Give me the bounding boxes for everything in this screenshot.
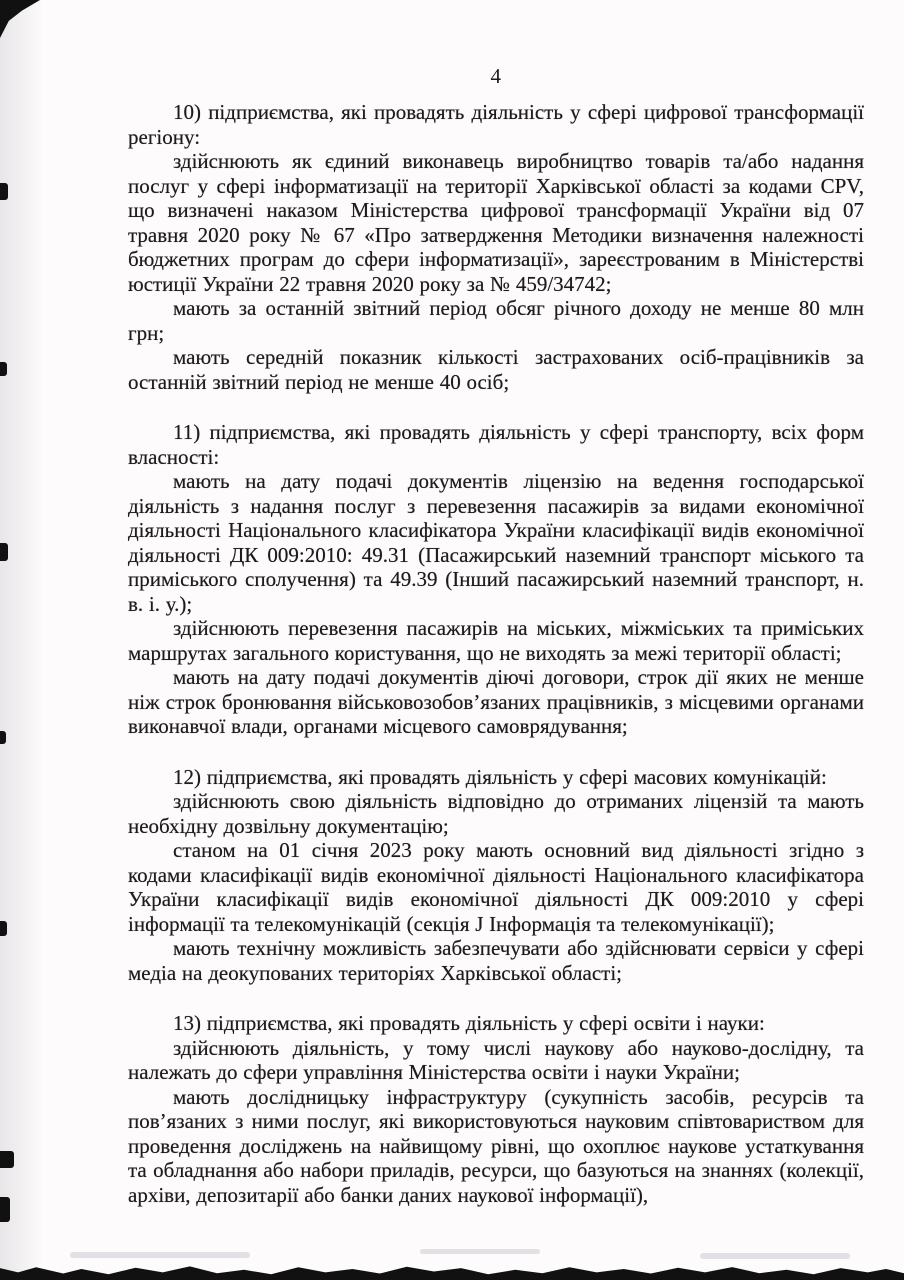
paragraph-12-criteria-3: мають технічну можливість забезпечувати … [128,936,864,985]
paragraph-11-heading: 11) підприємства, які провадять діяльніс… [128,420,864,469]
scan-artifact-left-edge-mark [0,1151,14,1168]
scan-artifact-left-edge-mark [0,731,6,744]
paragraph-10-criteria-1: здійснюють як єдиний виконавець виробниц… [128,149,864,296]
paragraph-12-criteria-1: здійснюють свою діяльність відповідно до… [128,789,864,838]
scan-artifact-speckle [420,1249,540,1254]
scan-artifact-top-left-corner [0,0,40,38]
paragraph-10-criteria-2: мають за останній звітний період обсяг р… [128,296,864,345]
paragraph-13-criteria-1: здійснюють діяльність, у тому числі наук… [128,1036,864,1085]
paragraph-13-heading: 13) підприємства, які провадять діяльніс… [128,1011,864,1036]
document-text-block: 4 10) підприємства, які провадять діяльн… [128,64,864,1207]
paragraph-13-criteria-2: мають дослідницьку інфраструктуру (сукуп… [128,1085,864,1208]
paragraph-10-heading: 10) підприємства, які провадять діяльніс… [128,100,864,149]
scan-artifact-bottom-torn-edge [0,1263,904,1280]
section-item-13: 13) підприємства, які провадять діяльніс… [128,1011,864,1207]
scanned-document-page: { "colors":{ "page_background":"#fdfbfc"… [0,0,904,1280]
scan-artifact-left-edge-mark [0,183,8,200]
paragraph-11-criteria-3: мають на дату подачі документів діючі до… [128,665,864,739]
paragraph-11-criteria-1: мають на дату подачі документів ліцензію… [128,469,864,616]
page-number: 4 [128,64,864,89]
scan-artifact-left-edge-mark [0,543,8,561]
paragraph-10-criteria-3: мають середній показник кількості застра… [128,345,864,394]
section-item-10: 10) підприємства, які провадять діяльніс… [128,100,864,394]
paragraph-12-criteria-2: станом на 01 січня 2023 року мають основ… [128,838,864,936]
section-item-11: 11) підприємства, які провадять діяльніс… [128,420,864,739]
scan-artifact-left-edge-mark [0,1197,10,1222]
paragraph-12-heading: 12) підприємства, які провадять діяльніс… [128,765,864,790]
scan-artifact-left-edge-mark [0,362,7,376]
section-item-12: 12) підприємства, які провадять діяльніс… [128,765,864,986]
scan-artifact-left-edge-mark [0,921,7,936]
paragraph-11-criteria-2: здійснюють перевезення пасажирів на місь… [128,616,864,665]
scan-artifact-speckle [70,1252,250,1258]
scan-artifact-speckle [700,1253,850,1259]
